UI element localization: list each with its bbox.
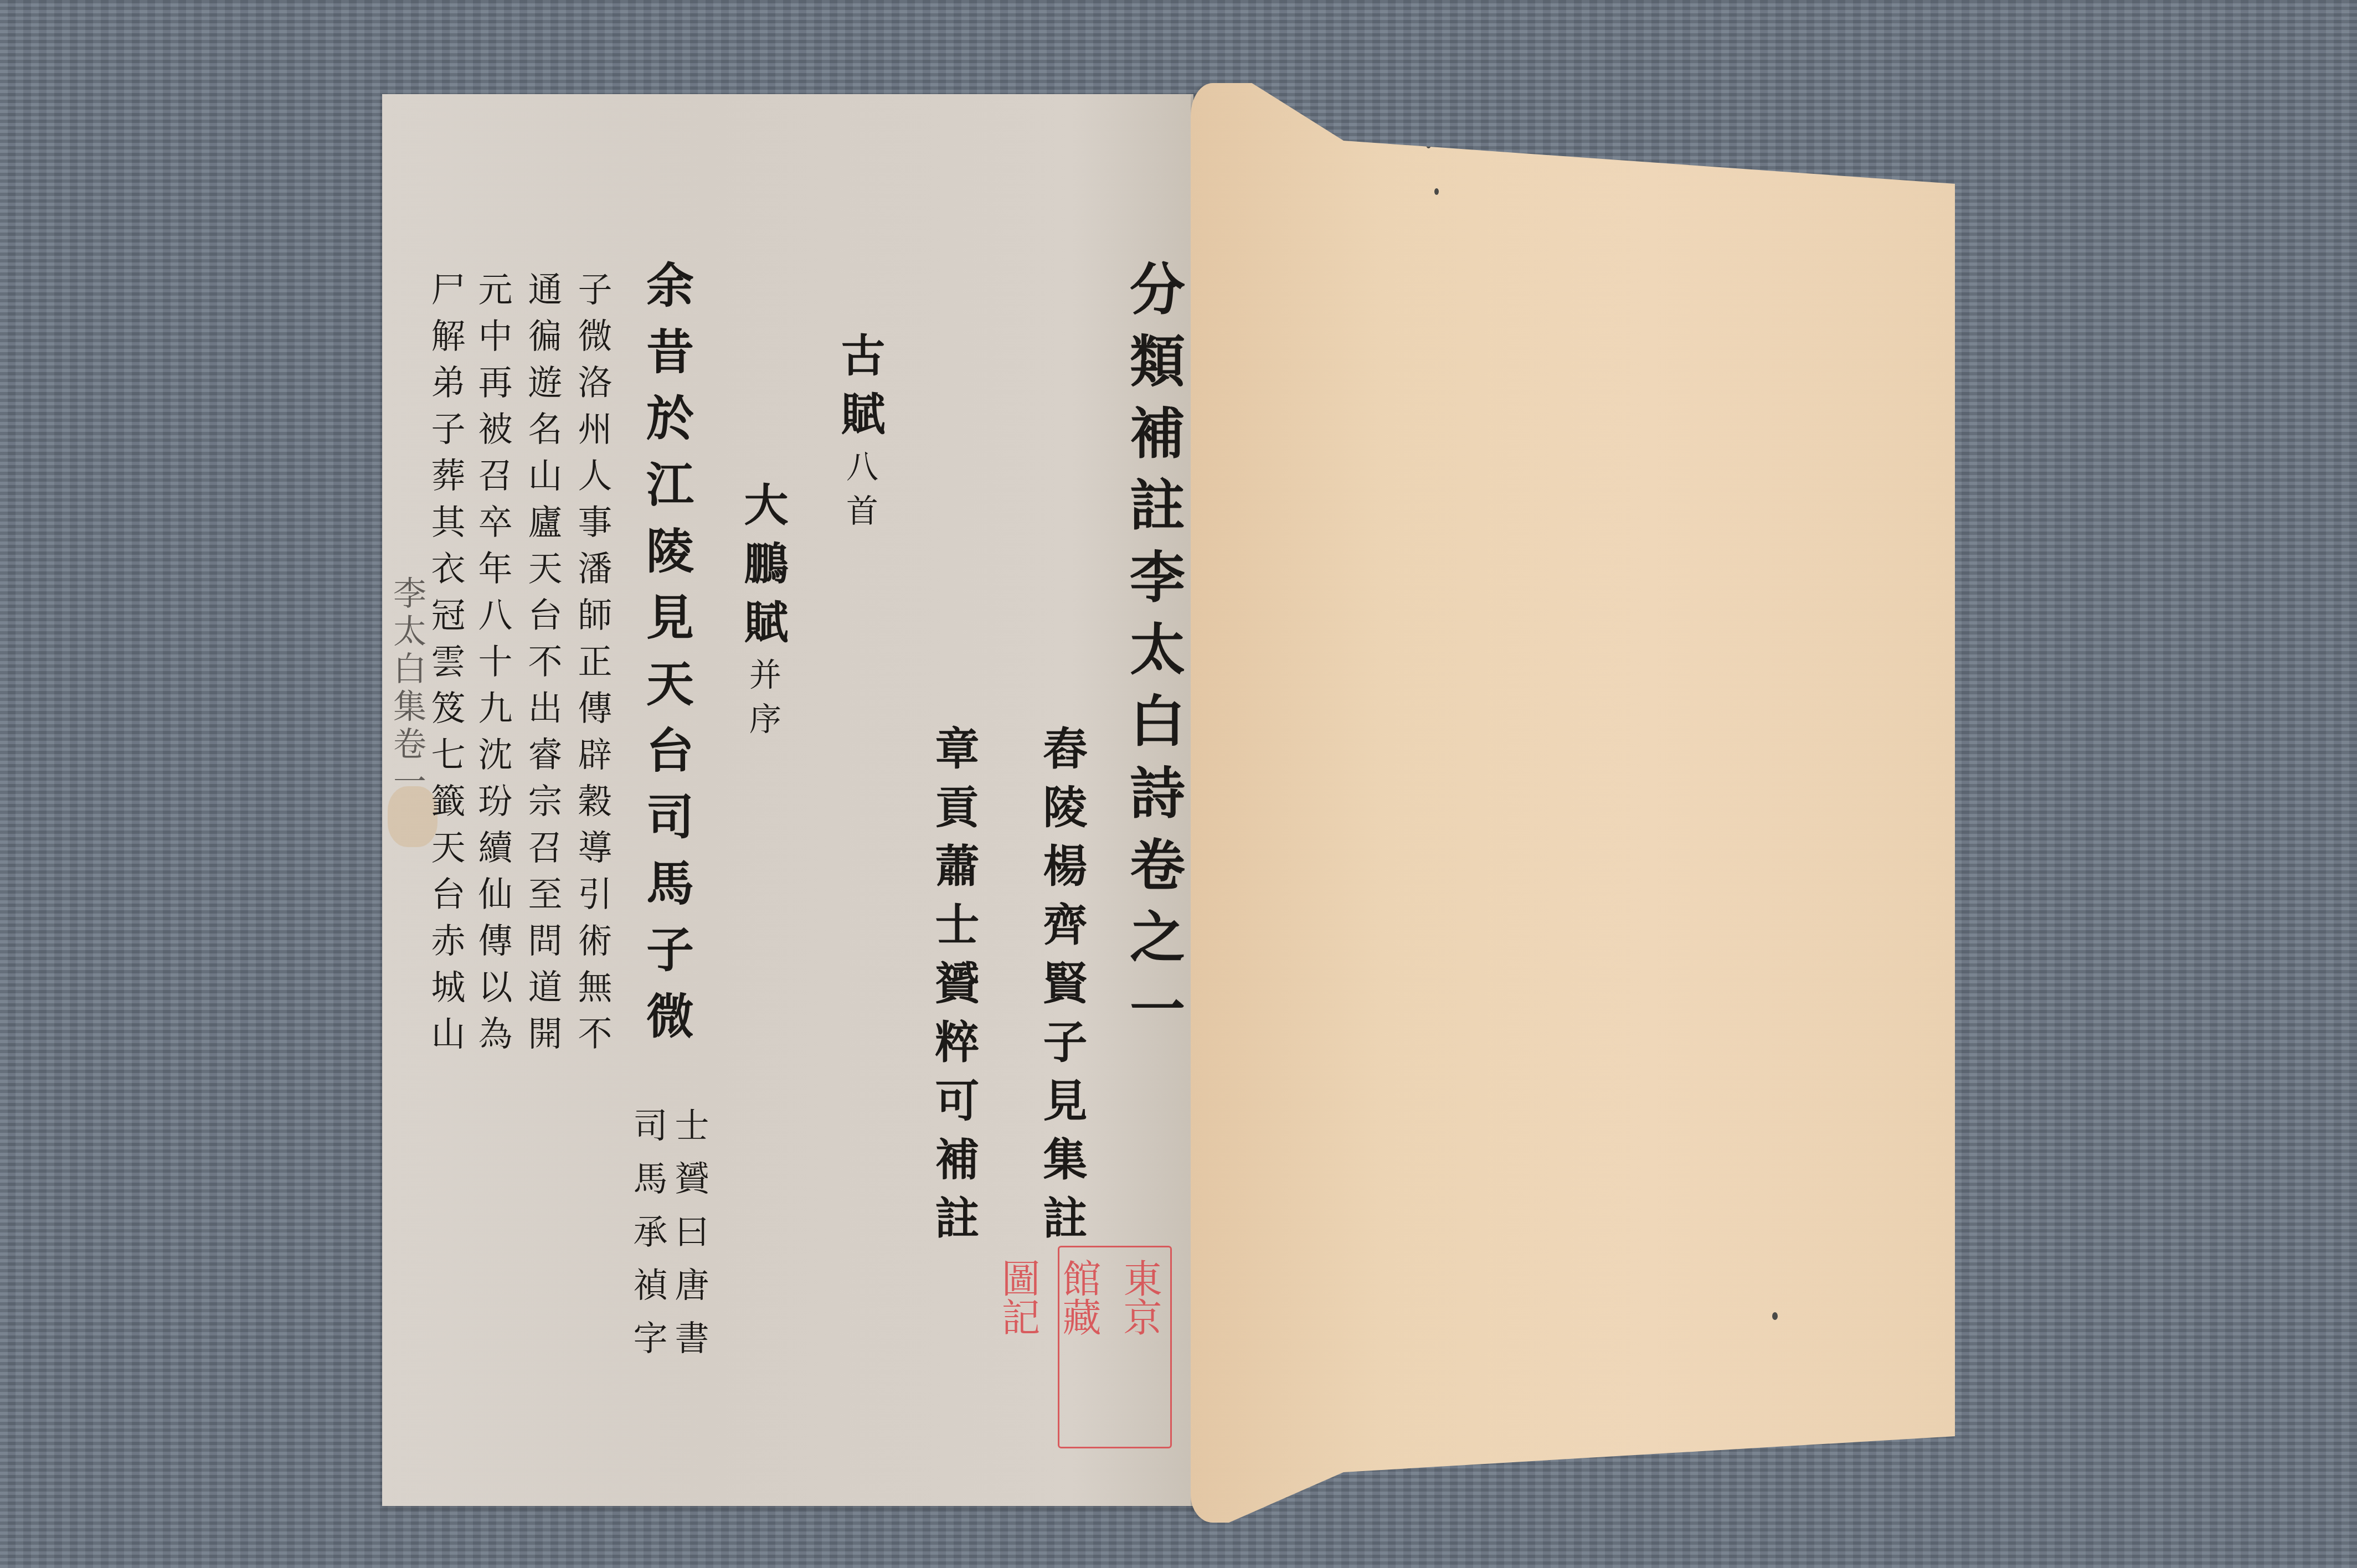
wormhole-spot xyxy=(1434,188,1439,195)
section-heading: 古賦八首 xyxy=(828,332,892,538)
right-page-blank-leaf xyxy=(1191,83,1955,1523)
wormhole-spot xyxy=(1772,1312,1778,1320)
piece-title-text: 大鵬賦 xyxy=(737,482,789,658)
author-line-1: 舂陵楊齊賢子見集註 xyxy=(1030,725,1094,1254)
section-heading-title: 古賦 xyxy=(833,332,886,450)
main-text-column: 余昔於江陵見天台司馬子微 xyxy=(631,260,700,1058)
section-heading-note: 八首 xyxy=(841,450,878,538)
margin-text: 李太白集卷一 xyxy=(383,576,431,802)
wormhole-spot xyxy=(1501,108,1507,118)
volume-title: 分類補註李太白詩卷之一 xyxy=(1113,260,1193,1052)
commentary-column-2: 通徧遊名山廬天台不出睿宗召至問道開 xyxy=(518,271,567,1062)
commentary-column-3: 元中再被召卒年八十九沈玢續仙傳以為 xyxy=(468,271,517,1062)
annotation-line-left: 司馬承禎字 xyxy=(623,1107,672,1373)
commentary-column-1: 子微洛州人事潘師正傳辟穀導引術無不 xyxy=(568,271,617,1062)
piece-title: 大鵬賦并序 xyxy=(731,482,795,746)
author-line-2: 章貢蕭士贇粹可補註 xyxy=(922,725,986,1254)
wormhole-spot xyxy=(1426,141,1431,148)
piece-title-note: 并序 xyxy=(744,658,781,746)
collector-seal: 東京館藏圖記 xyxy=(1058,1246,1172,1448)
